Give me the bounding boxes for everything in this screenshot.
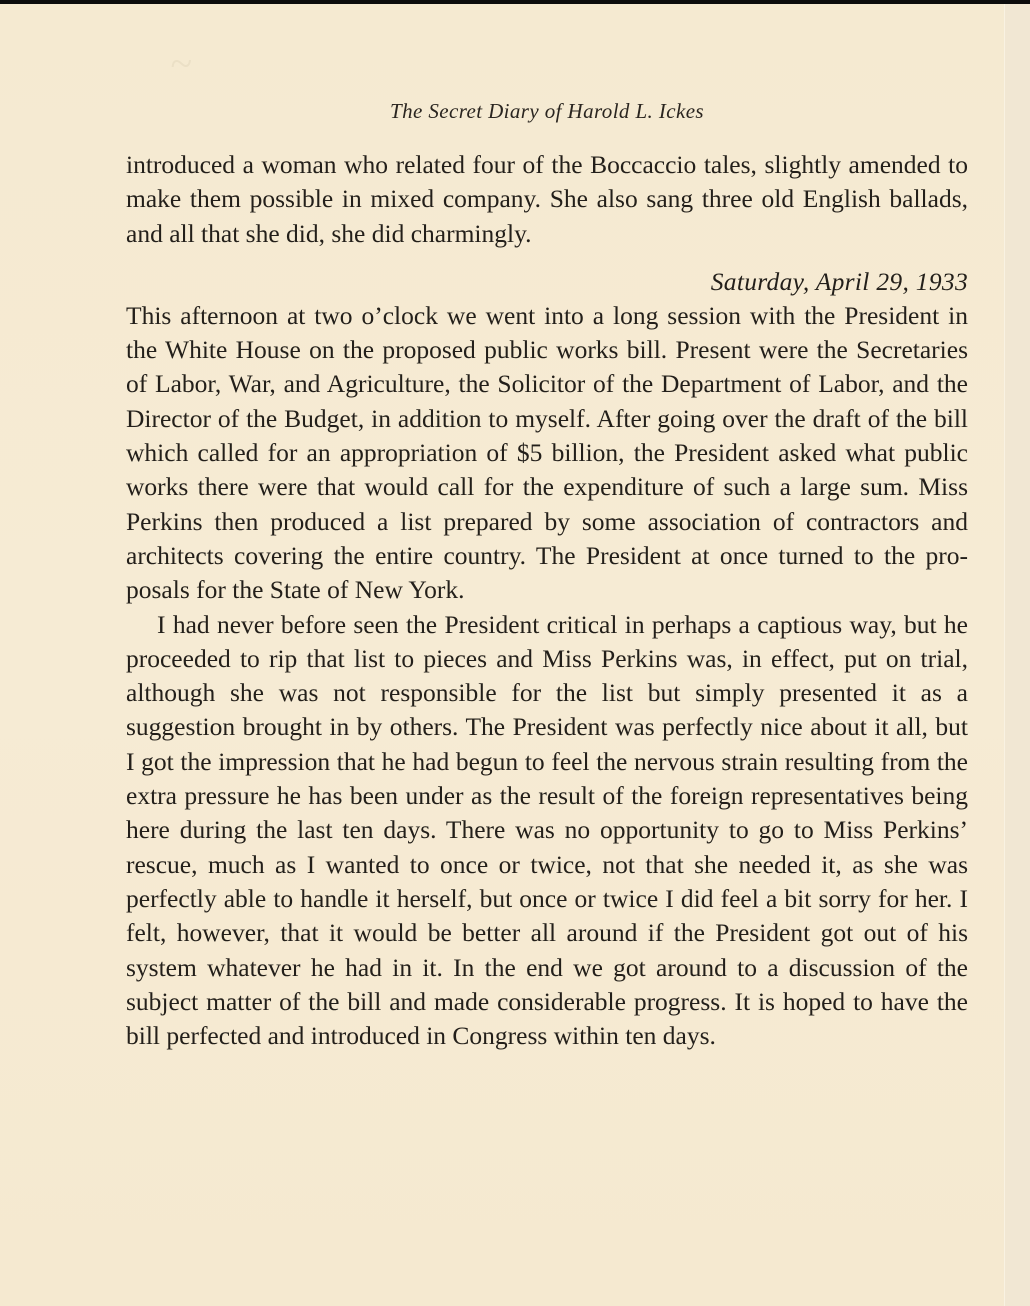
diary-entry-date: Saturday, April 29, 1933 bbox=[126, 265, 968, 299]
continued-paragraph: introduced a woman who related four of t… bbox=[126, 148, 968, 251]
running-head: The Secret Diary of Harold L. Ickes bbox=[0, 99, 1030, 124]
entry-paragraph-1: This afternoon at two o’clock we went in… bbox=[126, 299, 968, 608]
entry-paragraph-2: I had never before seen the President cr… bbox=[126, 608, 968, 1054]
show-through-mark: ~ bbox=[170, 40, 192, 87]
page-edge bbox=[1004, 4, 1030, 1306]
body-text: introduced a woman who related four of t… bbox=[126, 148, 968, 1053]
